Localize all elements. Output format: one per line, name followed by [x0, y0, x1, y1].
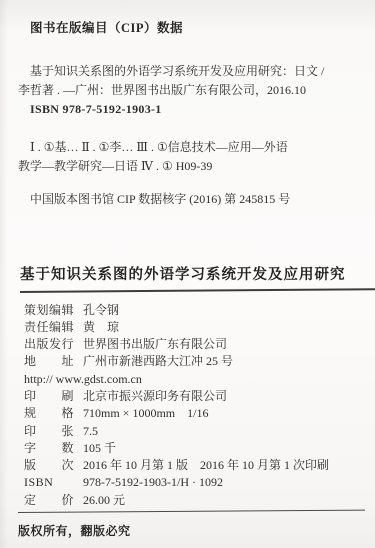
colophon-value: 世界图书出版广东有限公司	[74, 336, 227, 353]
colophon-label: 地 址	[24, 353, 74, 370]
colophon-value: 710mm × 1000mm 1/16	[74, 405, 208, 422]
colophon-row-edition: 版 次 2016 年 10 月第 1 版 2016 年 10 月第 1 次印刷	[24, 457, 375, 474]
colophon-label: 印 刷	[24, 388, 74, 405]
colophon-value: 广州市新港西路大江冲 25 号	[74, 353, 233, 370]
colophon-row-address: 地 址 广州市新港西路大江冲 25 号	[24, 353, 375, 370]
colophon-row-price: 定 价 26.00 元	[24, 492, 375, 509]
colophon-label: 出版发行	[24, 336, 74, 353]
cip-number: 中国版本图书馆 CIP 数据核字 (2016) 第 245815 号	[18, 190, 361, 209]
colophon-label: 责任编辑	[24, 319, 74, 336]
publisher-website: http:// www.gdst.com.cn	[24, 371, 142, 388]
cip-header: 图书在版编目（CIP）数据	[30, 18, 375, 36]
colophon-row-wordcount: 字 数 105 千	[24, 440, 375, 457]
colophon-row-format: 规 格 710mm × 1000mm 1/16	[24, 405, 375, 422]
colophon-label: 规 格	[24, 405, 74, 422]
colophon-value: 105 千	[74, 440, 116, 457]
book-title: 基于知识关系图的外语学习系统开发及应用研究	[20, 263, 375, 284]
colophon-row-isbn: ISBN 978-7-5192-1903-1/H · 1092	[24, 474, 375, 491]
colophon-label: 字 数	[24, 440, 74, 457]
colophon-row-sheets: 印 张 7.5	[24, 423, 375, 440]
book-copyright-page: 图书在版编目（CIP）数据 基于知识关系图的外语学习系统开发及应用研究：日文 /…	[0, 0, 375, 548]
colophon-value: 孔令钢	[74, 302, 119, 319]
colophon-table: 策划编辑 孔令钢 责任编辑 黄 琼 出版发行 世界图书出版广东有限公司 地 址 …	[18, 302, 375, 510]
title-rule	[20, 288, 375, 292]
colophon-label: ISBN	[24, 474, 74, 491]
colophon-value: 7.5	[74, 423, 98, 440]
colophon-label: 版 次	[24, 457, 74, 474]
cip-number-line: 中国版本图书馆 CIP 数据核字 (2016) 第 245815 号	[18, 190, 361, 209]
cip-classification-line1: Ⅰ . ①基… Ⅱ . ①李… Ⅲ . ①信息技术—应用—外语	[18, 138, 361, 157]
colophon-label: 策划编辑	[24, 302, 74, 319]
colophon-value: 26.00 元	[74, 492, 125, 509]
colophon-value: 北京市振兴源印务有限公司	[74, 388, 227, 405]
colophon-value: 2016 年 10 月第 1 版 2016 年 10 月第 1 次印刷	[74, 457, 329, 474]
cip-record-line2: 李哲著 . —广州：世界图书出版广东有限公司，2016.10	[18, 81, 361, 100]
cip-classification-line2: 教学—教学研究—日语 Ⅳ . ① H09-39	[18, 157, 361, 176]
cip-record: 基于知识关系图的外语学习系统开发及应用研究：日文 / 李哲著 . —广州：世界图…	[18, 62, 361, 119]
copyright-notice: 版权所有，翻版必究	[18, 522, 375, 539]
cip-record-line1: 基于知识关系图的外语学习系统开发及应用研究：日文 /	[18, 62, 361, 81]
colophon-label: 定 价	[24, 492, 74, 509]
colophon-row-planning-editor: 策划编辑 孔令钢	[24, 302, 375, 319]
bottom-rule	[18, 510, 365, 514]
colophon-row-publisher: 出版发行 世界图书出版广东有限公司	[24, 336, 375, 353]
colophon-row-responsible-editor: 责任编辑 黄 琼	[24, 319, 375, 336]
cip-record-isbn: ISBN 978-7-5192-1903-1	[18, 100, 361, 119]
colophon-value: 978-7-5192-1903-1/H · 1092	[74, 474, 223, 491]
colophon-row-printer: 印 刷 北京市振兴源印务有限公司	[24, 388, 375, 405]
colophon-value: 黄 琼	[74, 319, 119, 336]
colophon-row-website: http:// www.gdst.com.cn	[24, 371, 375, 388]
cip-classification: Ⅰ . ①基… Ⅱ . ①李… Ⅲ . ①信息技术—应用—外语 教学—教学研究—…	[18, 138, 361, 176]
colophon-label: 印 张	[24, 423, 74, 440]
